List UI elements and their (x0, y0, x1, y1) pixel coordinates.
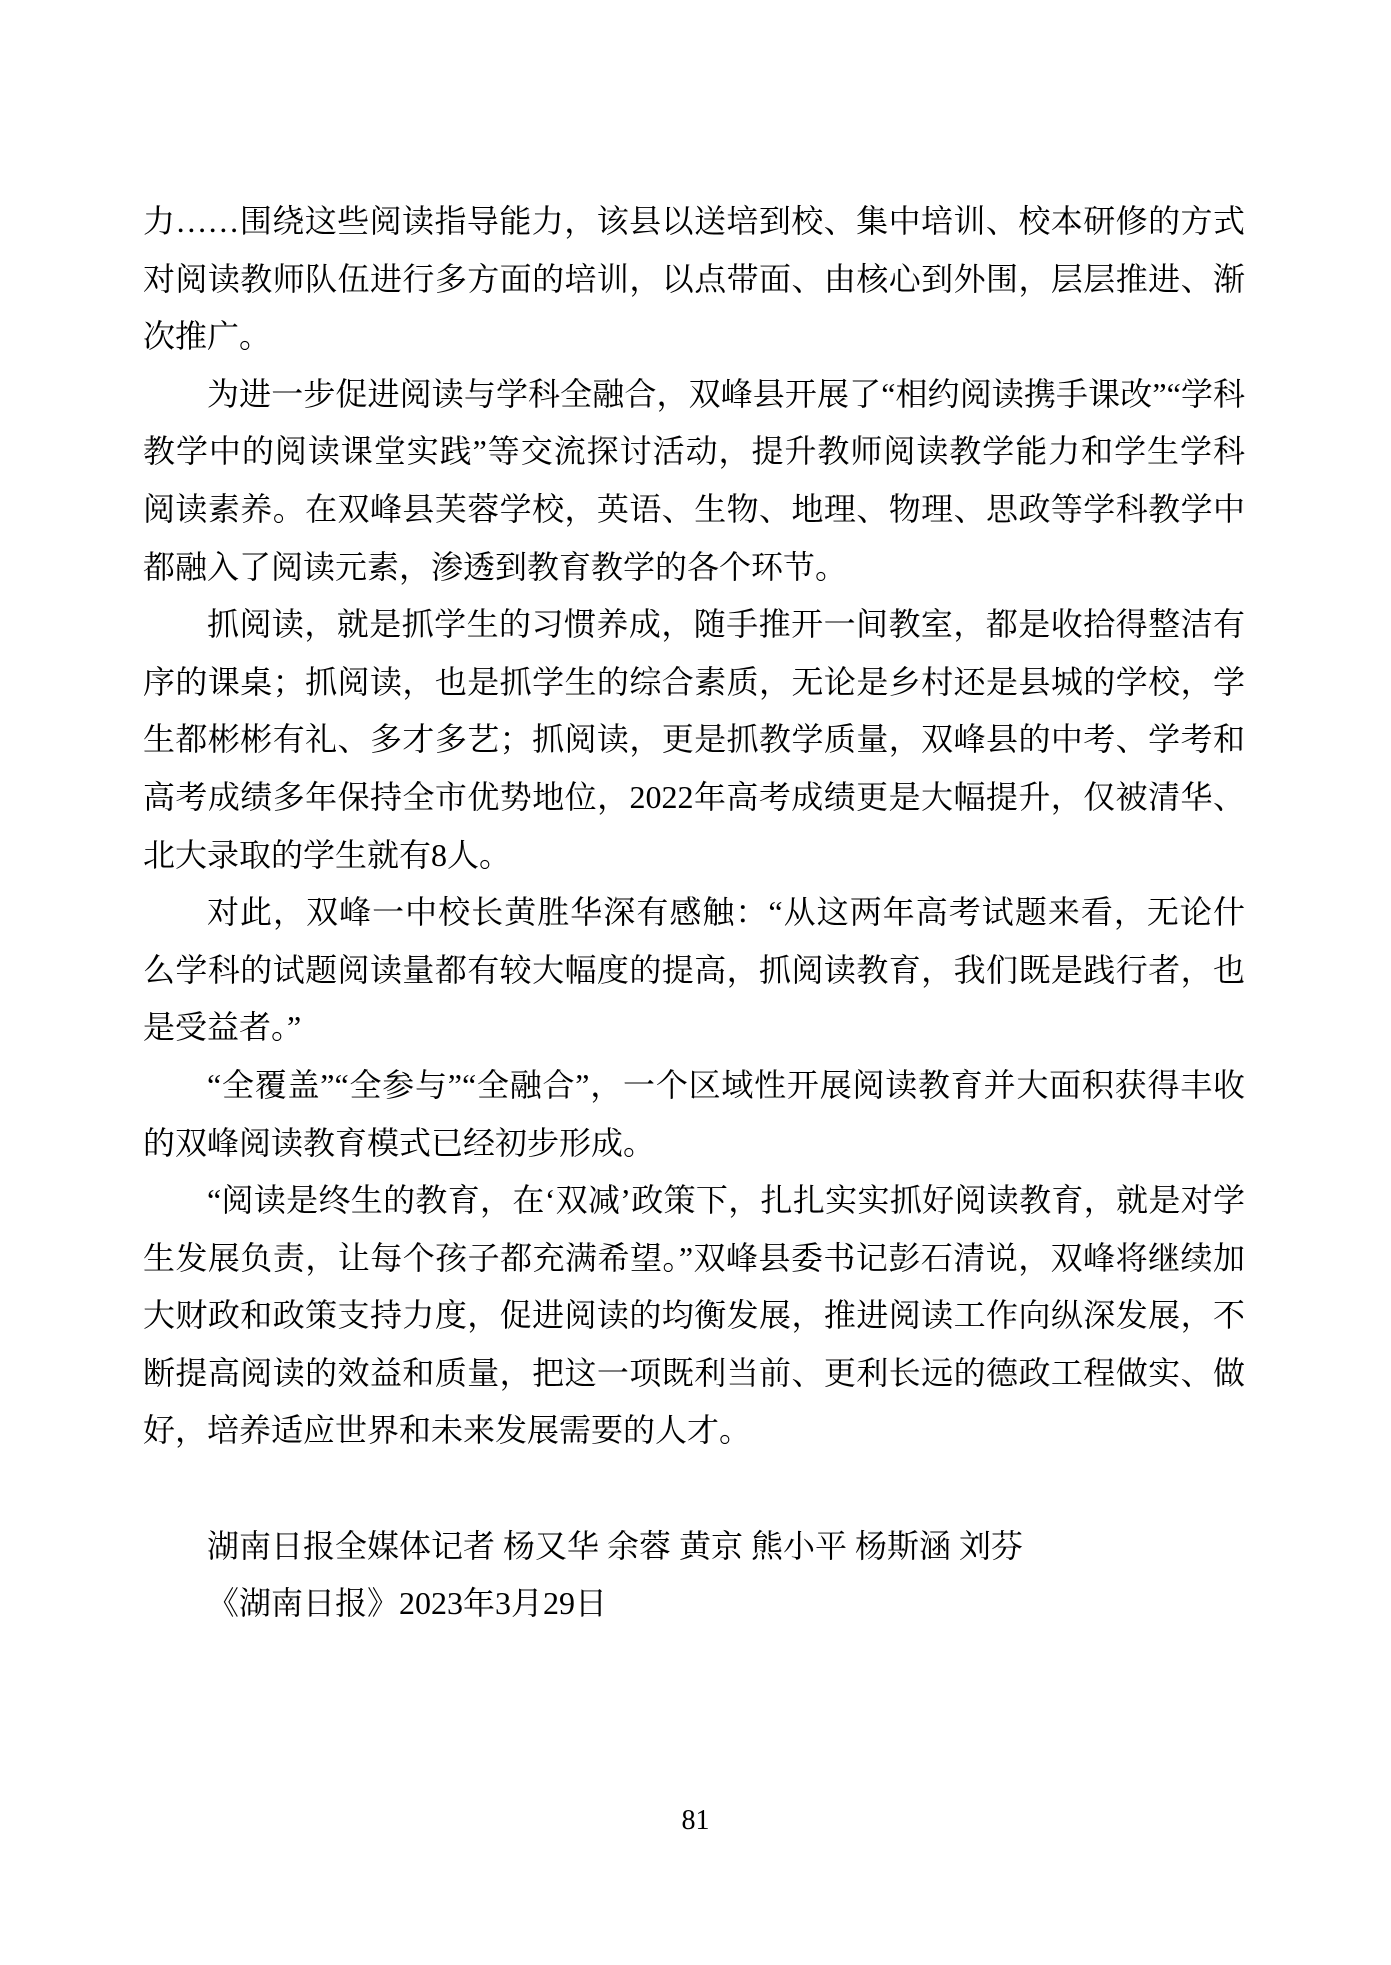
paragraph: 为进一步促进阅读与学科全融合，双峰县开展了“相约阅读携手课改”“学科教学中的阅读… (143, 366, 1245, 596)
paragraph: 对此，双峰一中校长黄胜华深有感触：“从这两年高考试题来看，无论什么学科的试题阅读… (143, 884, 1245, 1057)
page-number: 81 (682, 1805, 710, 1836)
page-footer: 81 (0, 1804, 1391, 1838)
paragraph: 《湖南日报》2023年3月29日 (143, 1575, 1245, 1633)
paragraph: “阅读是终生的教育，在‘双减’政策下，扎扎实实抓好阅读教育，就是对学生发展负责，… (143, 1172, 1245, 1460)
paragraph: 湖南日报全媒体记者 杨又华 余蓉 黄京 熊小平 杨斯涵 刘芬 (143, 1518, 1245, 1576)
paragraph: 力……围绕这些阅读指导能力，该县以送培到校、集中培训、校本研修的方式对阅读教师队… (143, 193, 1245, 366)
article-text: 力……围绕这些阅读指导能力，该县以送培到校、集中培训、校本研修的方式对阅读教师队… (143, 193, 1245, 1633)
paragraph: “全覆盖”“全参与”“全融合”，一个区域性开展阅读教育并大面积获得丰收的双峰阅读… (143, 1057, 1245, 1172)
paragraph: 抓阅读，就是抓学生的习惯养成，随手推开一间教室，都是收拾得整洁有序的课桌；抓阅读… (143, 596, 1245, 884)
document-page: 力……围绕这些阅读指导能力，该县以送培到校、集中培训、校本研修的方式对阅读教师队… (0, 0, 1391, 1965)
